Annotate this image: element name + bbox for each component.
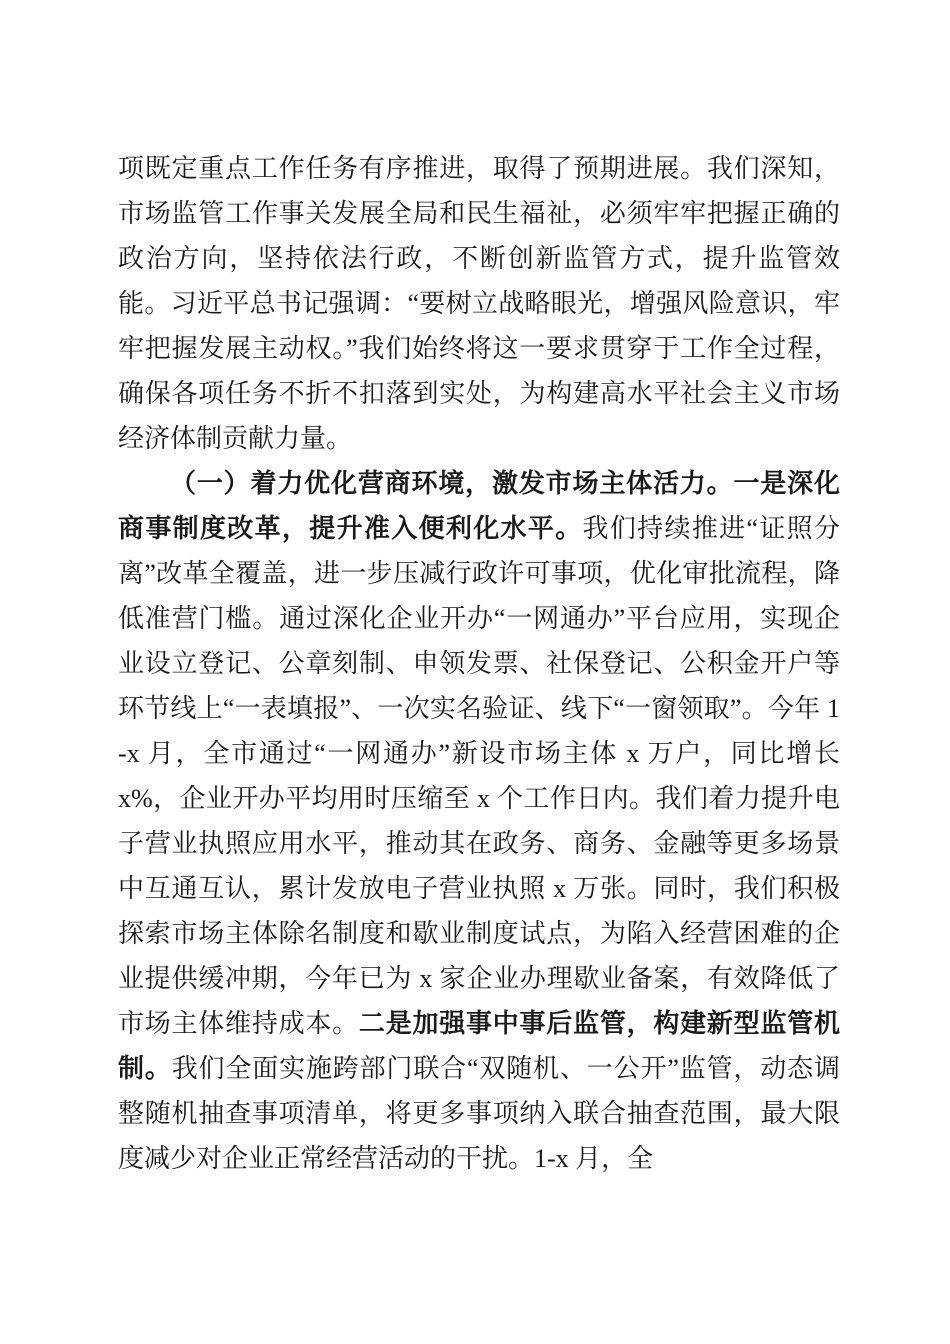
paragraph-section-one-run-2: 我们持续推进“证照分离”改革全覆盖，进一步压减行政许可事项，优化审批流程，降低准… <box>118 514 840 1038</box>
paragraph-section-one: （一）着力优化营商环境，激发市场主体活力。一是深化商事制度改革，提升准入便利化水… <box>118 461 840 1181</box>
document-page: 项既定重点工作任务有序推进，取得了预期进展。我们深知，市场监管工作事关发展全局和… <box>0 0 950 1344</box>
paragraph-section-one-run-0: （一）着力优化营商环境，激发市场主体活力。 <box>170 469 733 498</box>
paragraph-section-one-run-4: 我们全面实施跨部门联合“双随机、一公开”监管，动态调整随机抽查事项清单，将更多事… <box>118 1054 840 1173</box>
document-text-block: 项既定重点工作任务有序推进，取得了预期进展。我们深知，市场监管工作事关发展全局和… <box>118 146 840 1181</box>
paragraph-continuation-run-0: 项既定重点工作任务有序推进，取得了预期进展。我们深知，市场监管工作事关发展全局和… <box>118 154 840 453</box>
paragraph-continuation: 项既定重点工作任务有序推进，取得了预期进展。我们深知，市场监管工作事关发展全局和… <box>118 146 840 461</box>
